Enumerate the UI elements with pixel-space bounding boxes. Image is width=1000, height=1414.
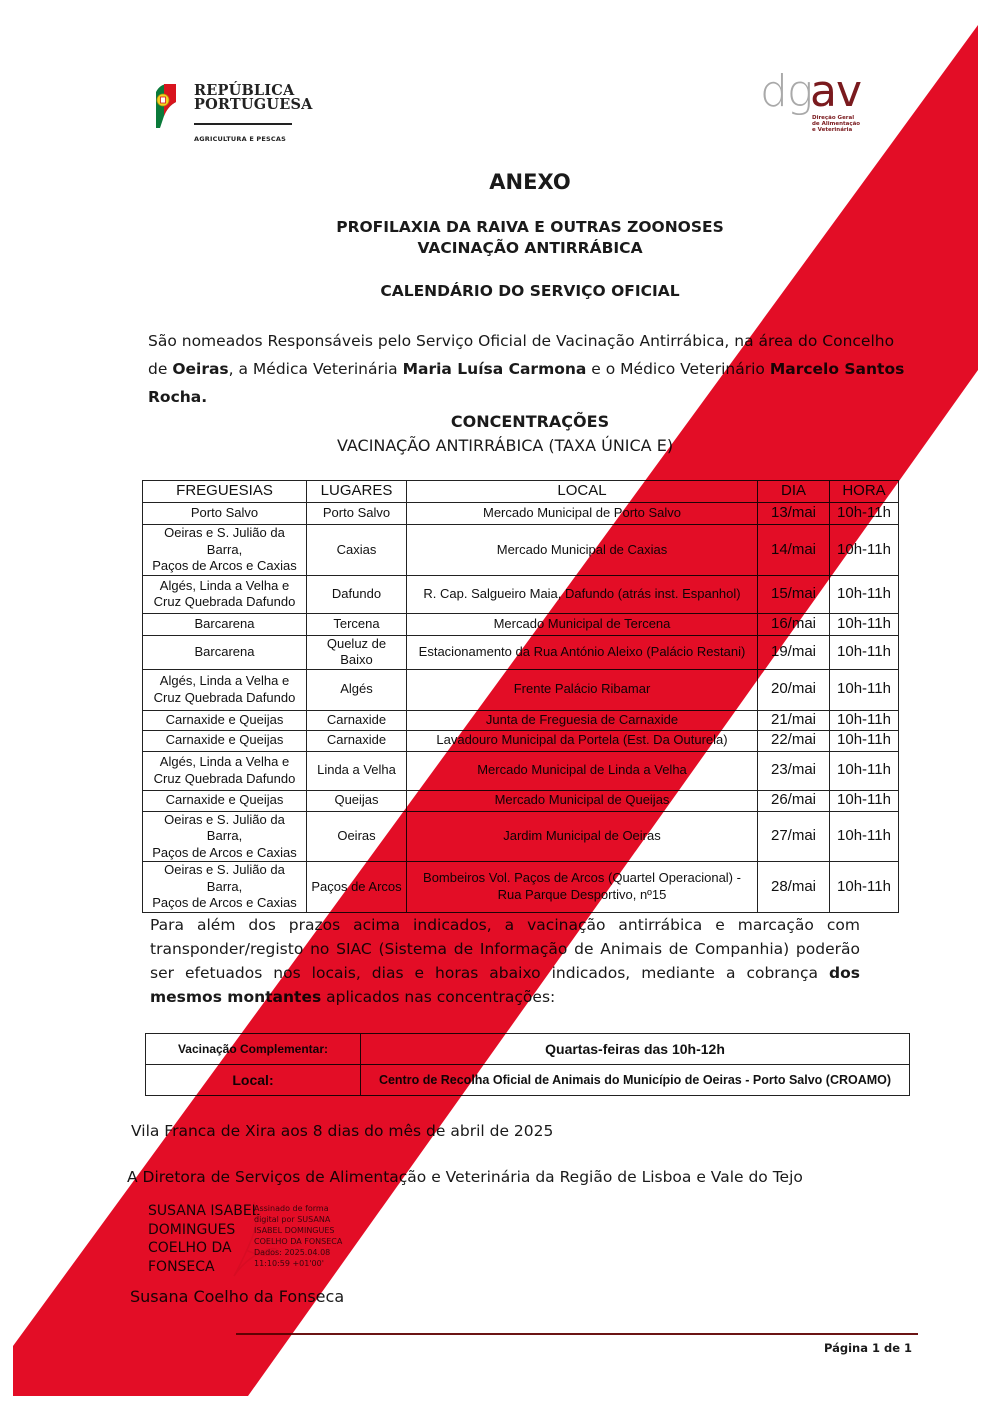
signer-name: Susana Coelho da Fonseca: [130, 1287, 344, 1306]
hora-cell: 10h-11h: [830, 503, 899, 525]
dgav-caption: Direção Geral de Alimentação e Veterinár…: [812, 115, 860, 134]
cell-line: Algés, Linda a Velha e: [146, 578, 303, 595]
republica-portuguesa-logo: REPÚBLICA PORTUGUESA AGRICULTURA E PESCA…: [154, 78, 304, 148]
local-cell: Estacionamento da Rua António Aleixo (Pa…: [407, 635, 758, 669]
cell-line: Oeiras e S. Julião da Barra,: [146, 525, 303, 558]
lugar-cell: Carnaxide: [307, 730, 407, 751]
cell-line: Mercado Municipal de Queijas: [410, 792, 754, 809]
cell-line: Cruz Quebrada Dafundo: [146, 594, 303, 611]
cell-line: Paços de Arcos e Caxias: [146, 845, 303, 862]
cell-line: Mercado Municipal de Tercena: [410, 616, 754, 633]
dia-cell: 20/mai: [758, 669, 830, 710]
table-row: Oeiras e S. Julião da Barra,Paços de Arc…: [143, 862, 899, 913]
local-cell: Lavadouro Municipal da Portela (Est. Da …: [407, 730, 758, 751]
lugar-cell: Dafundo: [307, 575, 407, 613]
cell-line: Barcarena: [146, 644, 303, 661]
dia-cell: 15/mai: [758, 575, 830, 613]
cell-line: Cruz Quebrada Dafundo: [146, 771, 303, 788]
lugar-cell: Paços de Arcos: [307, 862, 407, 913]
hora-cell: 10h-11h: [830, 710, 899, 730]
signature-details: Assinado de forma digital por SUSANA ISA…: [254, 1203, 342, 1269]
cell-line: Mercado Municipal de Porto Salvo: [410, 505, 754, 522]
complementary-schedule: Quartas-feiras das 10h-12h: [361, 1034, 910, 1065]
dia-cell: 28/mai: [758, 862, 830, 913]
section-title: CALENDÁRIO DO SERVIÇO OFICIAL: [30, 282, 1000, 300]
table-row: Algés, Linda a Velha eCruz Quebrada Dafu…: [143, 669, 899, 710]
concentracoes-subheading: VACINAÇÃO ANTIRRÁBICA (TAXA ÚNICA E): [5, 436, 1000, 455]
table-row: Carnaxide e QueijasCarnaxideJunta de Fre…: [143, 710, 899, 730]
logo-subtitle: AGRICULTURA E PESCAS: [194, 135, 286, 143]
table-row: Carnaxide e QueijasQueijasMercado Munici…: [143, 790, 899, 811]
cell-line: Estacionamento da Rua António Aleixo (Pa…: [410, 644, 754, 661]
local-cell: Junta de Freguesia de Carnaxide: [407, 710, 758, 730]
cell-line: Bombeiros Vol. Paços de Arcos (Quartel O…: [410, 870, 754, 887]
cell-line: R. Cap. Salgueiro Maia, Dafundo (atrás i…: [410, 586, 754, 603]
table-row: BarcarenaQueluz de BaixoEstacionamento d…: [143, 635, 899, 669]
cell-line: Rua Parque Desportivo, nº15: [410, 887, 754, 904]
local-cell: Mercado Municipal de Queijas: [407, 790, 758, 811]
document-subtitle: PROFILAXIA DA RAIVA E OUTRAS ZOONOSES VA…: [30, 217, 1000, 259]
location-value: Centro de Recolha Oficial de Animais do …: [361, 1065, 910, 1096]
freguesia-cell: Algés, Linda a Velha eCruz Quebrada Dafu…: [143, 575, 307, 613]
freguesia-cell: Oeiras e S. Julião da Barra,Paços de Arc…: [143, 525, 307, 576]
cell-line: Barcarena: [146, 616, 303, 633]
dgav-mark-gray: dg: [760, 66, 812, 117]
freguesia-cell: Oeiras e S. Julião da Barra,Paços de Arc…: [143, 862, 307, 913]
cell-line: Carnaxide e Queijas: [146, 792, 303, 809]
dia-cell: 23/mai: [758, 751, 830, 790]
table-row: Local: Centro de Recolha Oficial de Anim…: [146, 1065, 910, 1096]
hora-cell: 10h-11h: [830, 525, 899, 576]
freguesia-cell: Carnaxide e Queijas: [143, 790, 307, 811]
dia-cell: 22/mai: [758, 730, 830, 751]
local-cell: Mercado Municipal de Caxias: [407, 525, 758, 576]
table-row: Porto SalvoPorto SalvoMercado Municipal …: [143, 503, 899, 525]
freguesia-cell: Algés, Linda a Velha eCruz Quebrada Dafu…: [143, 669, 307, 710]
lugar-cell: Porto Salvo: [307, 503, 407, 525]
cell-line: Lavadouro Municipal da Portela (Est. Da …: [410, 732, 754, 749]
cell-line: Junta de Freguesia de Carnaxide: [410, 712, 754, 729]
column-header: DIA: [758, 481, 830, 503]
footer-divider: [236, 1333, 918, 1335]
table-row: Vacinação Complementar: Quartas-feiras d…: [146, 1034, 910, 1065]
freguesia-cell: Barcarena: [143, 613, 307, 635]
freguesia-cell: Algés, Linda a Velha eCruz Quebrada Dafu…: [143, 751, 307, 790]
hora-cell: 10h-11h: [830, 669, 899, 710]
cell-line: Oeiras e S. Julião da Barra,: [146, 862, 303, 895]
hora-cell: 10h-11h: [830, 635, 899, 669]
lugar-cell: Carnaxide: [307, 710, 407, 730]
location-label: Local:: [146, 1065, 361, 1096]
column-header: FREGUESIAS: [143, 481, 307, 503]
cell-line: Paços de Arcos e Caxias: [146, 558, 303, 575]
lugar-cell: Queluz de Baixo: [307, 635, 407, 669]
lugar-cell: Queijas: [307, 790, 407, 811]
dia-cell: 21/mai: [758, 710, 830, 730]
dia-cell: 16/mai: [758, 613, 830, 635]
hora-cell: 10h-11h: [830, 862, 899, 913]
table-row: BarcarenaTercenaMercado Municipal de Ter…: [143, 613, 899, 635]
local-cell: R. Cap. Salgueiro Maia, Dafundo (atrás i…: [407, 575, 758, 613]
dia-cell: 14/mai: [758, 525, 830, 576]
intro-paragraph: São nomeados Responsáveis pelo Serviço O…: [148, 327, 918, 411]
column-header: HORA: [830, 481, 899, 503]
lugar-cell: Linda a Velha: [307, 751, 407, 790]
dia-cell: 13/mai: [758, 503, 830, 525]
cell-line: Paços de Arcos e Caxias: [146, 895, 303, 912]
place-and-date: Vila Franca de Xira aos 8 dias do mês de…: [131, 1122, 553, 1140]
freguesia-cell: Barcarena: [143, 635, 307, 669]
signatory-role: A Diretora de Serviços de Alimentação e …: [127, 1168, 803, 1186]
dia-cell: 27/mai: [758, 811, 830, 862]
complementary-vaccination-table: Vacinação Complementar: Quartas-feiras d…: [145, 1033, 910, 1096]
cell-line: Frente Palácio Ribamar: [410, 681, 754, 698]
dia-cell: 19/mai: [758, 635, 830, 669]
cell-line: Mercado Municipal de Linda a Velha: [410, 762, 754, 779]
freguesia-cell: Porto Salvo: [143, 503, 307, 525]
local-cell: Bombeiros Vol. Paços de Arcos (Quartel O…: [407, 862, 758, 913]
dia-cell: 26/mai: [758, 790, 830, 811]
document-title: ANEXO: [30, 170, 1000, 194]
local-cell: Mercado Municipal de Porto Salvo: [407, 503, 758, 525]
hora-cell: 10h-11h: [830, 751, 899, 790]
dgav-mark-red: av: [810, 66, 861, 117]
hora-cell: 10h-11h: [830, 613, 899, 635]
hora-cell: 10h-11h: [830, 811, 899, 862]
table-row: Algés, Linda a Velha eCruz Quebrada Dafu…: [143, 575, 899, 613]
hora-cell: 10h-11h: [830, 790, 899, 811]
cell-line: Jardim Municipal de Oeiras: [410, 828, 754, 845]
cell-line: Porto Salvo: [146, 505, 303, 522]
concentracoes-heading: CONCENTRAÇÕES: [30, 412, 1000, 431]
table-row: Algés, Linda a Velha eCruz Quebrada Dafu…: [143, 751, 899, 790]
additional-paragraph: Para além dos prazos acima indicados, a …: [150, 913, 860, 1009]
column-header: LUGARES: [307, 481, 407, 503]
lugar-cell: Tercena: [307, 613, 407, 635]
lugar-cell: Caxias: [307, 525, 407, 576]
cell-line: Carnaxide e Queijas: [146, 712, 303, 729]
schedule-table: FREGUESIAS LUGARES LOCAL DIA HORA Porto …: [142, 480, 899, 913]
local-cell: Mercado Municipal de Linda a Velha: [407, 751, 758, 790]
cell-line: Cruz Quebrada Dafundo: [146, 690, 303, 707]
freguesia-cell: Carnaxide e Queijas: [143, 730, 307, 751]
hora-cell: 10h-11h: [830, 575, 899, 613]
table-row: Oeiras e S. Julião da Barra,Paços de Arc…: [143, 525, 899, 576]
cell-line: Carnaxide e Queijas: [146, 732, 303, 749]
logo-divider: [194, 123, 292, 125]
portuguese-flag-emblem-icon: [154, 82, 176, 128]
local-cell: Jardim Municipal de Oeiras: [407, 811, 758, 862]
cell-line: Oeiras e S. Julião da Barra,: [146, 812, 303, 845]
table-row: Oeiras e S. Julião da Barra,Paços de Arc…: [143, 811, 899, 862]
local-cell: Frente Palácio Ribamar: [407, 669, 758, 710]
logo-title: REPÚBLICA PORTUGUESA: [194, 84, 313, 112]
local-cell: Mercado Municipal de Tercena: [407, 613, 758, 635]
freguesia-cell: Oeiras e S. Julião da Barra,Paços de Arc…: [143, 811, 307, 862]
dgav-logo: dg av Direção Geral de Alimentação e Vet…: [760, 72, 880, 152]
page-number: Página 1 de 1: [820, 1341, 912, 1355]
freguesia-cell: Carnaxide e Queijas: [143, 710, 307, 730]
cell-line: Algés, Linda a Velha e: [146, 754, 303, 771]
cell-line: Algés, Linda a Velha e: [146, 673, 303, 690]
table-row: Carnaxide e QueijasCarnaxideLavadouro Mu…: [143, 730, 899, 751]
column-header: LOCAL: [407, 481, 758, 503]
hora-cell: 10h-11h: [830, 730, 899, 751]
schedule-body: Porto SalvoPorto SalvoMercado Municipal …: [143, 503, 899, 913]
lugar-cell: Oeiras: [307, 811, 407, 862]
table-header-row: FREGUESIAS LUGARES LOCAL DIA HORA: [143, 481, 899, 503]
complementary-label: Vacinação Complementar:: [146, 1034, 361, 1065]
cell-line: Mercado Municipal de Caxias: [410, 542, 754, 559]
lugar-cell: Algés: [307, 669, 407, 710]
